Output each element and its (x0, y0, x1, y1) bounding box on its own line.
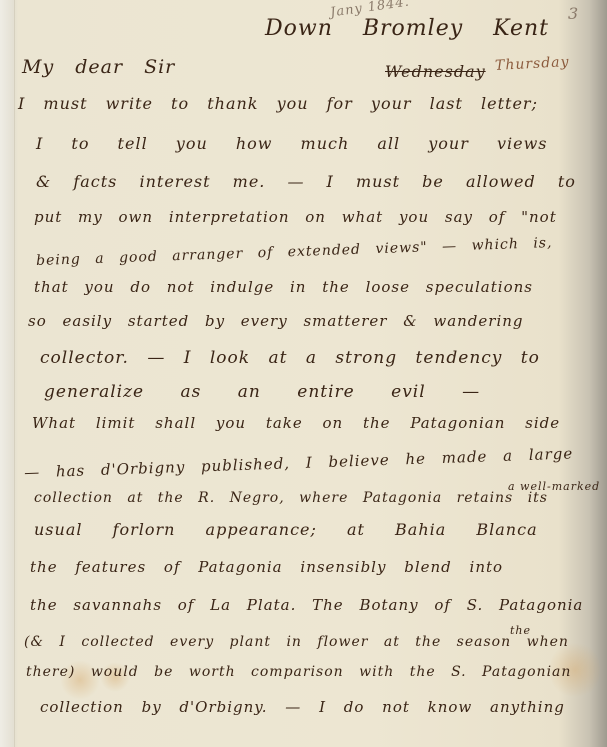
letter-line: I to tell you how much all your views (36, 134, 547, 153)
page-number: 3 (568, 4, 579, 23)
letter-line: collection by d'Orbigny. — I do not know… (40, 698, 565, 716)
letter-line: usual forlorn appearance; at Bahia Blanc… (34, 520, 538, 539)
letter-line: (& I collected every plant in flower at … (24, 634, 569, 650)
letter-line: so easily started by every smatterer & w… (28, 312, 524, 330)
letter-line: — has d'Orbigny published, I believe he … (24, 444, 574, 481)
letter-line: & facts interest me. — I must be allowed… (36, 172, 576, 191)
letter-line: I must write to thank you for your last … (18, 94, 538, 113)
address: Down Bromley Kent (265, 16, 549, 41)
letter-line: collection at the R. Negro, where Patago… (34, 490, 548, 506)
letter-line: there) would be worth comparison with th… (26, 664, 571, 680)
letter-line: put my own interpretation on what you sa… (34, 208, 557, 226)
page-left-edge (0, 0, 15, 747)
salutation: My dear Sir (22, 56, 175, 78)
insertion-above: a well-marked (508, 480, 600, 493)
letter-line: What limit shall you take on the Patagon… (32, 414, 560, 432)
letter-line: being a good arranger of extended views"… (36, 235, 553, 269)
letter-line: that you do not indulge in the loose spe… (34, 278, 533, 296)
letter-line: the features of Patagonia insensibly ble… (30, 558, 503, 576)
letter-line: the savannahs of La Plata. The Botany of… (30, 596, 583, 614)
letter-line: generalize as an entire evil — (44, 382, 480, 402)
day-struck: Wednesday (385, 62, 486, 81)
day-inserted: Thursday (495, 54, 570, 74)
manuscript-page: Jany 1844. 3 Down Bromley Kent My dear S… (0, 0, 607, 747)
letter-line: collector. — I look at a strong tendency… (40, 348, 540, 368)
